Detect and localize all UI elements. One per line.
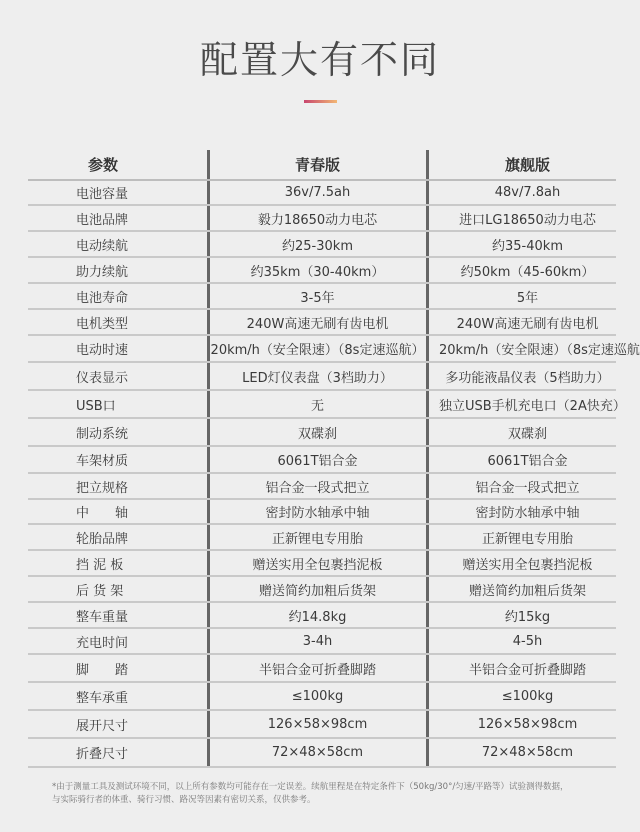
table-row: 电池品牌毅力18650动力电芯进口LG18650动力电芯 xyxy=(28,206,616,232)
youth-value-cell: 3-4h xyxy=(208,634,427,649)
spec-comparison-table: 参数 青春版 旗舰版 电池容量36v/7.5ah48v/7.8ah电池品牌毅力1… xyxy=(28,150,616,768)
flagship-value-cell: 240W高速无刷有齿电机 xyxy=(427,313,616,332)
flagship-value-cell: 约50km（45-60km） xyxy=(427,261,616,280)
table-row: 助力续航约35km（30-40km）约50km（45-60km） xyxy=(28,258,616,284)
table-row: 中 轴密封防水轴承中轴密封防水轴承中轴 xyxy=(28,500,616,525)
table-row: 车架材质6061T铝合金6061T铝合金 xyxy=(28,447,616,474)
flagship-value-cell: 约15kg xyxy=(427,606,616,625)
param-cell: 后 货 架 xyxy=(28,580,208,599)
param-cell: 电池容量 xyxy=(28,183,208,202)
table-row: 制动系统双碟刹双碟刹 xyxy=(28,419,616,447)
youth-value-cell: 双碟刹 xyxy=(208,423,427,442)
table-row: 轮胎品牌正新锂电专用胎正新锂电专用胎 xyxy=(28,525,616,551)
table-row: 电动时速20km/h（安全限速）（8s定速巡航）20km/h（安全限速）（8s定… xyxy=(28,336,616,363)
header-param: 参数 xyxy=(28,154,208,175)
youth-value-cell: 正新锂电专用胎 xyxy=(208,528,427,547)
table-row: 电机类型240W高速无刷有齿电机240W高速无刷有齿电机 xyxy=(28,310,616,336)
header-flagship-edition: 旗舰版 xyxy=(427,154,616,175)
youth-value-cell: LED灯仪表盘（3档助力） xyxy=(208,367,427,386)
flagship-value-cell: ≤100kg xyxy=(427,689,616,704)
table-row: 整车承重≤100kg≤100kg xyxy=(28,683,616,711)
flagship-value-cell: 5年 xyxy=(427,287,616,306)
flagship-value-cell: 独立USB手机充电口（2A快充） xyxy=(427,395,616,414)
disclaimer-line-1: *由于测量工具及测试环境不同，以上所有参数均可能存在一定误差。续航里程是在特定条… xyxy=(52,781,632,794)
param-cell: 电池寿命 xyxy=(28,287,208,306)
param-cell: 展开尺寸 xyxy=(28,715,208,734)
flagship-value-cell: 多功能液晶仪表（5档助力） xyxy=(427,367,616,386)
param-cell: 挡 泥 板 xyxy=(28,554,208,573)
youth-value-cell: 6061T铝合金 xyxy=(208,450,427,469)
youth-value-cell: 约35km（30-40km） xyxy=(208,261,427,280)
param-cell: 整车承重 xyxy=(28,687,208,706)
disclaimer-note: *由于测量工具及测试环境不同，以上所有参数均可能存在一定误差。续航里程是在特定条… xyxy=(52,781,632,807)
table-header-row: 参数 青春版 旗舰版 xyxy=(28,150,616,181)
page-title: 配置大有不同 xyxy=(0,36,640,84)
youth-value-cell: 铝合金一段式把立 xyxy=(208,477,427,496)
table-row: USB口无独立USB手机充电口（2A快充） xyxy=(28,391,616,419)
youth-value-cell: 半铝合金可折叠脚踏 xyxy=(208,659,427,678)
youth-value-cell: 约25-30km xyxy=(208,235,427,254)
flagship-value-cell: 48v/7.8ah xyxy=(427,185,616,200)
youth-value-cell: 赠送实用全包裹挡泥板 xyxy=(208,554,427,573)
param-cell: 充电时间 xyxy=(28,632,208,651)
param-cell: 把立规格 xyxy=(28,477,208,496)
param-cell: 助力续航 xyxy=(28,261,208,280)
table-row: 电池寿命3-5年5年 xyxy=(28,284,616,310)
youth-value-cell: 赠送简约加粗后货架 xyxy=(208,580,427,599)
table-row: 脚 踏半铝合金可折叠脚踏半铝合金可折叠脚踏 xyxy=(28,655,616,683)
param-cell: 仪表显示 xyxy=(28,367,208,386)
flagship-value-cell: 赠送实用全包裹挡泥板 xyxy=(427,554,616,573)
table-row: 挡 泥 板赠送实用全包裹挡泥板赠送实用全包裹挡泥板 xyxy=(28,551,616,577)
param-cell: 折叠尺寸 xyxy=(28,743,208,762)
table-row: 把立规格铝合金一段式把立铝合金一段式把立 xyxy=(28,474,616,500)
title-accent-divider xyxy=(304,100,337,103)
flagship-value-cell: 铝合金一段式把立 xyxy=(427,477,616,496)
param-cell: 轮胎品牌 xyxy=(28,528,208,547)
flagship-value-cell: 密封防水轴承中轴 xyxy=(427,502,616,521)
param-cell: 整车重量 xyxy=(28,606,208,625)
flagship-value-cell: 72×48×58cm xyxy=(427,745,616,760)
flagship-value-cell: 6061T铝合金 xyxy=(427,450,616,469)
table-row: 充电时间3-4h4-5h xyxy=(28,629,616,655)
flagship-value-cell: 4-5h xyxy=(427,634,616,649)
youth-value-cell: 126×58×98cm xyxy=(208,717,427,732)
youth-value-cell: 密封防水轴承中轴 xyxy=(208,502,427,521)
table-row: 仪表显示LED灯仪表盘（3档助力）多功能液晶仪表（5档助力） xyxy=(28,363,616,391)
youth-value-cell: 约14.8kg xyxy=(208,606,427,625)
youth-value-cell: 240W高速无刷有齿电机 xyxy=(208,313,427,332)
flagship-value-cell: 赠送简约加粗后货架 xyxy=(427,580,616,599)
disclaimer-line-2: 与实际骑行者的体重、骑行习惯、路况等因素有密切关系，仅供参考。 xyxy=(52,794,632,807)
param-cell: 电动时速 xyxy=(28,339,208,358)
flagship-value-cell: 双碟刹 xyxy=(427,423,616,442)
flagship-value-cell: 126×58×98cm xyxy=(427,717,616,732)
youth-value-cell: 3-5年 xyxy=(208,287,427,306)
youth-value-cell: 36v/7.5ah xyxy=(208,185,427,200)
youth-value-cell: 无 xyxy=(208,395,427,414)
youth-value-cell: 毅力18650动力电芯 xyxy=(208,209,427,228)
youth-value-cell: 20km/h（安全限速）（8s定速巡航） xyxy=(208,339,427,358)
param-cell: USB口 xyxy=(28,395,208,414)
param-cell: 制动系统 xyxy=(28,423,208,442)
header-youth-edition: 青春版 xyxy=(208,154,427,175)
param-cell: 电动续航 xyxy=(28,235,208,254)
param-cell: 电机类型 xyxy=(28,313,208,332)
flagship-value-cell: 进口LG18650动力电芯 xyxy=(427,209,616,228)
flagship-value-cell: 20km/h（安全限速）（8s定速巡航） xyxy=(427,339,616,358)
table-row: 折叠尺寸72×48×58cm72×48×58cm xyxy=(28,739,616,768)
param-cell: 脚 踏 xyxy=(28,659,208,678)
param-cell: 车架材质 xyxy=(28,450,208,469)
table-row: 整车重量约14.8kg约15kg xyxy=(28,603,616,629)
flagship-value-cell: 半铝合金可折叠脚踏 xyxy=(427,659,616,678)
table-row: 展开尺寸126×58×98cm126×58×98cm xyxy=(28,711,616,739)
flagship-value-cell: 正新锂电专用胎 xyxy=(427,528,616,547)
flagship-value-cell: 约35-40km xyxy=(427,235,616,254)
table-row: 电动续航约25-30km约35-40km xyxy=(28,232,616,258)
table-row: 电池容量36v/7.5ah48v/7.8ah xyxy=(28,181,616,206)
param-cell: 中 轴 xyxy=(28,502,208,521)
youth-value-cell: ≤100kg xyxy=(208,689,427,704)
table-row: 后 货 架赠送简约加粗后货架赠送简约加粗后货架 xyxy=(28,577,616,603)
youth-value-cell: 72×48×58cm xyxy=(208,745,427,760)
param-cell: 电池品牌 xyxy=(28,209,208,228)
